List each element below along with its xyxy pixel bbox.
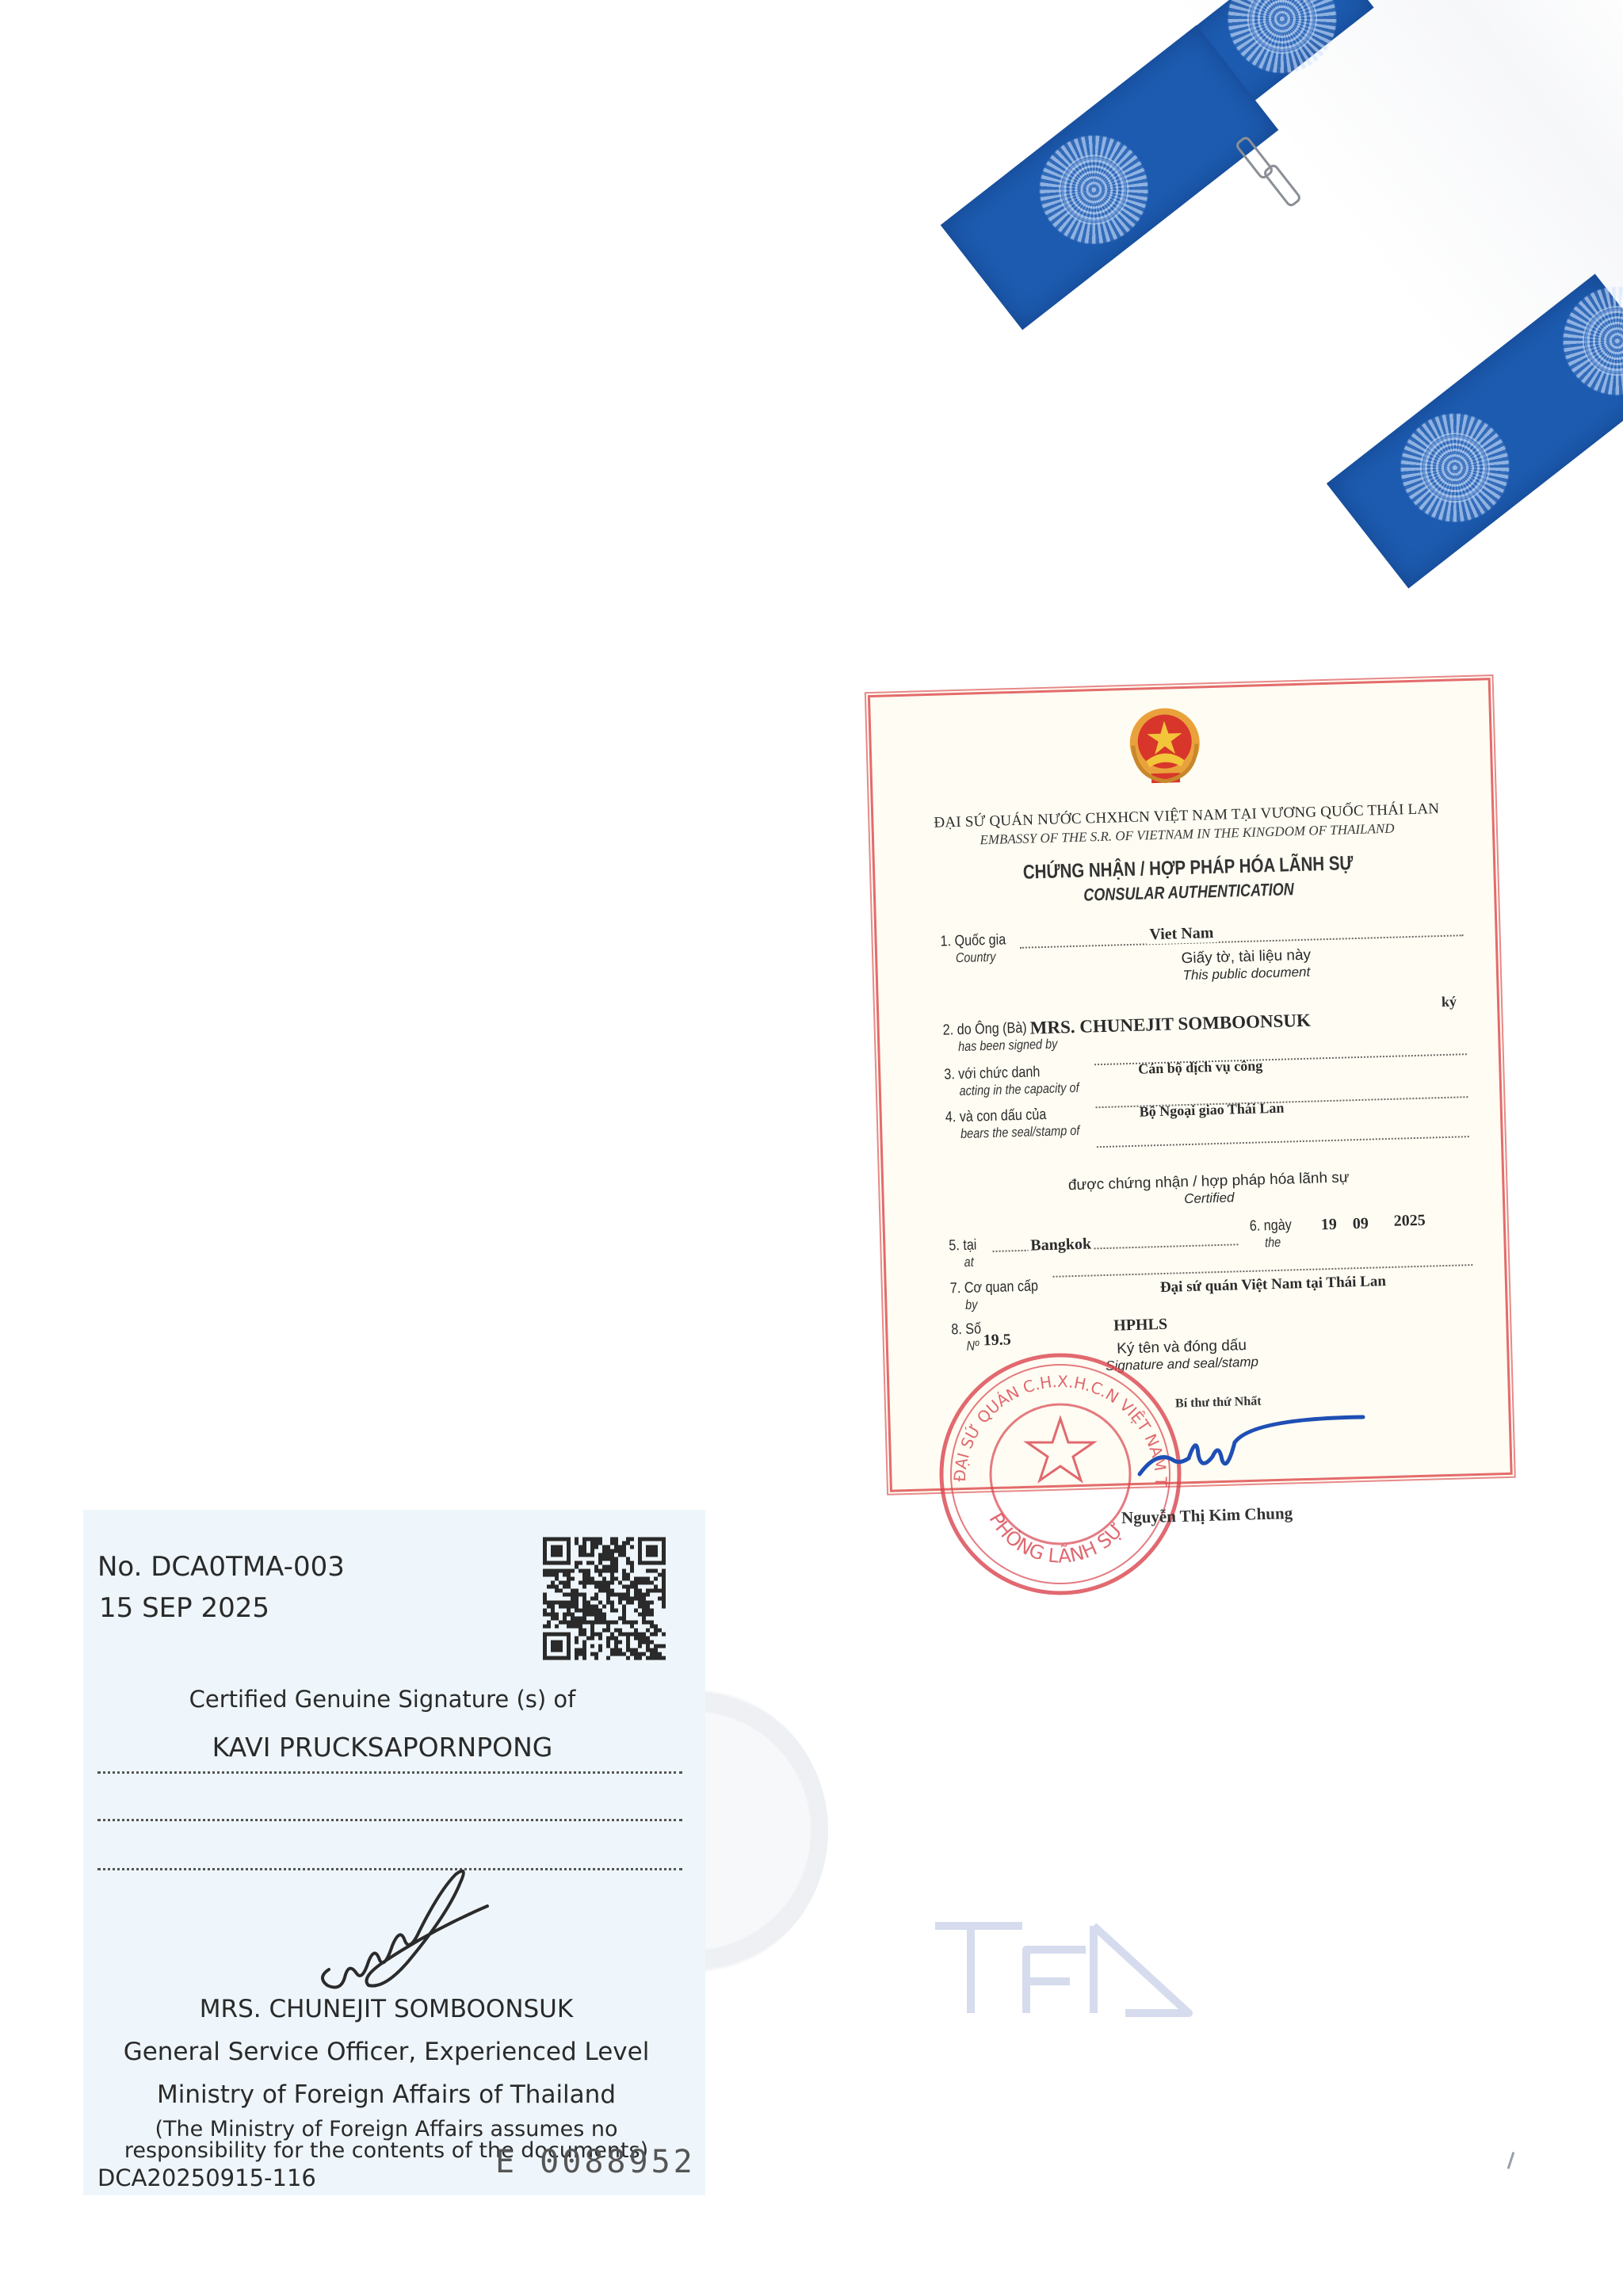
- blue-ribbon-top: [1178, 0, 1373, 115]
- reference-number: DCA20250915-116: [97, 2164, 316, 2191]
- attached-paper-flap: [1133, 0, 1623, 402]
- stamp-date: 15 SEP 2025: [99, 1592, 269, 1624]
- scan-speck: [1507, 2152, 1515, 2169]
- officer-position: General Service Officer, Experienced Lev…: [83, 2038, 689, 2066]
- serial-number: E 0088952: [495, 2144, 696, 2180]
- field-date: 6. ngày the 19 09 2025: [1250, 1212, 1472, 1251]
- officer-name: MRS. CHUNEJIT SOMBOONSUK: [83, 1995, 689, 2023]
- thai-mfa-stamp: No. DCA0TMA-003 15 SEP 2025 Certified Ge…: [83, 1510, 705, 2195]
- signer-title: Bí thư thứ Nhất: [1175, 1395, 1262, 1412]
- blue-ribbon-right: [1327, 273, 1623, 588]
- field-authority: 7. Cơ quan cấp by Đại sứ quán Việt Nam t…: [950, 1266, 1474, 1313]
- ministry-name: Ministry of Foreign Affairs of Thailand: [83, 2080, 689, 2109]
- ribbon-seal-icon: [1205, 0, 1361, 97]
- staple-icon: [1234, 135, 1274, 181]
- capacity-value: Cán bộ dịch vụ công: [1138, 1057, 1263, 1077]
- field-signed-by: 2. do Ông (Bà) has been signed by MRS. C…: [942, 1007, 1466, 1055]
- consular-signature: [1133, 1411, 1371, 1498]
- date-month: 09: [1352, 1215, 1369, 1234]
- dotted-line: [97, 1819, 682, 1821]
- dotted-line: [97, 1771, 682, 1774]
- field-seal-of: 4. và con dấu của bears the seal/stamp o…: [945, 1095, 1469, 1142]
- faint-logo-icon: [927, 1918, 1197, 2021]
- qr-code-icon: [543, 1535, 666, 1662]
- ribbon-area: [0, 0, 1623, 602]
- place-value: Bangkok: [1028, 1235, 1094, 1255]
- ribbon-seal-icon: [1377, 390, 1533, 546]
- number-suffix: HPHLS: [1113, 1316, 1167, 1335]
- certified-note: được chứng nhận / hợp pháp hóa lãnh sự C…: [915, 1165, 1503, 1215]
- certified-label: Certified Genuine Signature (s) of: [83, 1686, 682, 1713]
- country-value: Viet Nam: [1146, 924, 1217, 944]
- blue-ribbon-left: [941, 25, 1279, 330]
- field-capacity: 3. với chức danh acting in the capacity …: [944, 1052, 1468, 1099]
- stamp-number: No. DCA0TMA-003: [97, 1551, 345, 1583]
- date-day: 19: [1320, 1216, 1337, 1235]
- staple-icon: [1262, 162, 1302, 208]
- certified-name: KAVI PRUCKSAPORNPONG: [83, 1732, 682, 1763]
- signer-name: Nguyễn Thị Kim Chung: [1121, 1503, 1293, 1528]
- officer-signature: [313, 1859, 503, 1993]
- ribbon-seal-icon: [1016, 112, 1172, 268]
- date-year: 2025: [1393, 1212, 1426, 1231]
- vietnam-emblem-icon: [1124, 704, 1205, 793]
- svg-text:PHÒNG LÃNH SỰ: PHÒNG LÃNH SỰ: [985, 1509, 1128, 1568]
- ribbon-seal-icon: [1540, 263, 1623, 419]
